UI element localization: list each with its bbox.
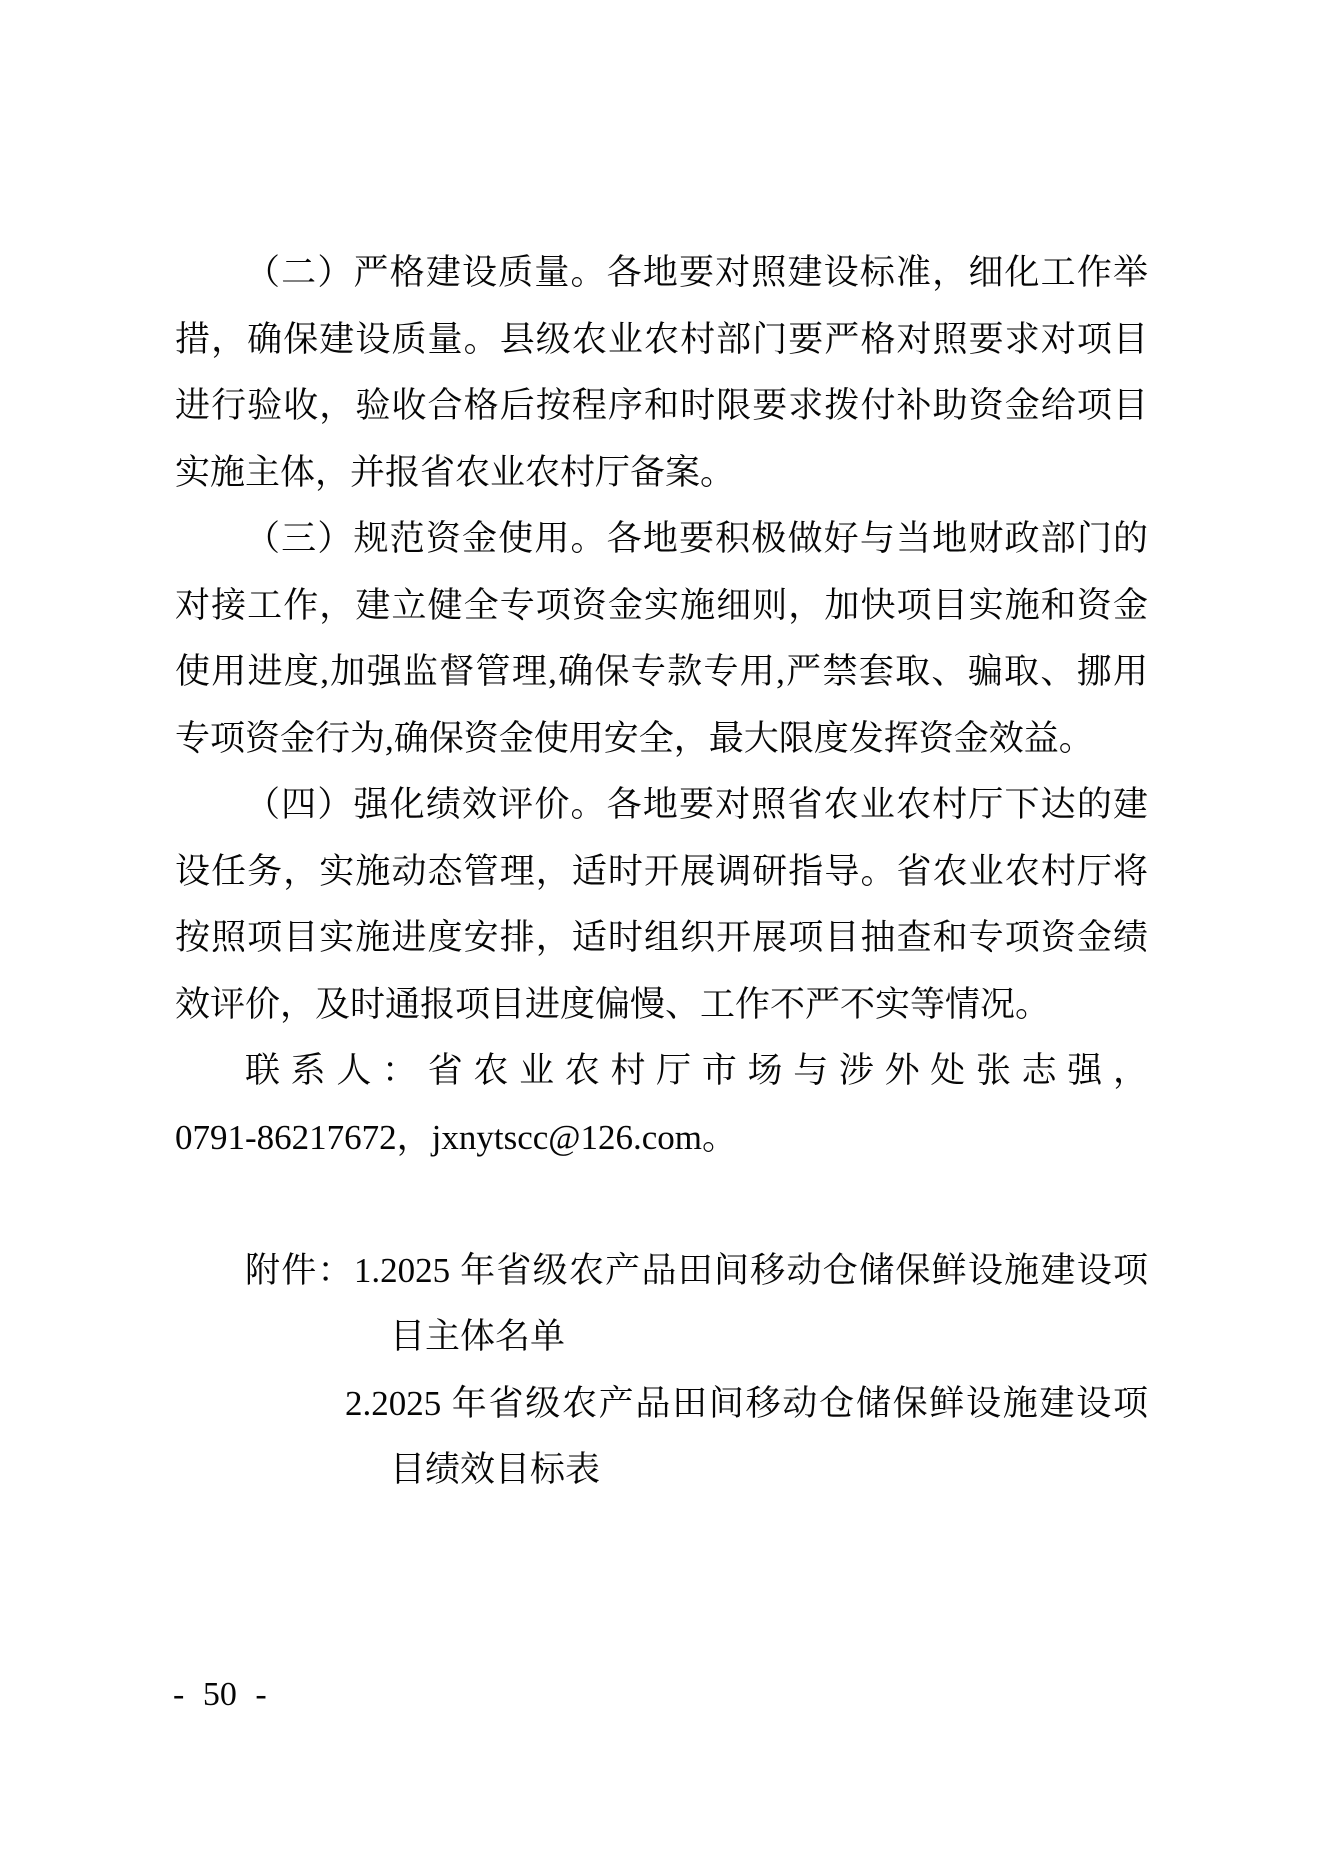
paragraph-4-line-4: 效评价，及时通报项目进度偏慢、工作不严不实等情况。 [175,972,1148,1039]
paragraph-2-line-4: 实施主体，并报省农业农村厅备案。 [175,440,1148,507]
paragraph-3-line-4: 专项资金行为,确保资金使用安全，最大限度发挥资金效益。 [175,706,1148,773]
paragraph-4-line-1: （四）强化绩效评价。各地要对照省农业农村厅下达的建 [175,772,1148,839]
paragraph-3-line-1: （三）规范资金使用。各地要积极做好与当地财政部门的 [175,506,1148,573]
attachment-item-1-line-2: 目主体名单 [175,1304,1148,1371]
blank-line [175,1171,1148,1238]
attachment-item-2-line-2: 目绩效目标表 [175,1437,1148,1504]
paragraph-2-line-1: （二）严格建设质量。各地要对照建设标准，细化工作举 [175,240,1148,307]
paragraph-2-line-2: 措，确保建设质量。县级农业农村部门要严格对照要求对项目 [175,307,1148,374]
paragraph-2-line-3: 进行验收，验收合格后按程序和时限要求拨付补助资金给项目 [175,373,1148,440]
contact-line: 联系人：省农业农村厅市场与涉外处张志强， [175,1038,1148,1105]
page-number: - 50 - [173,1678,267,1712]
phone-email-line: 0791-86217672，jxnytscc@126.com。 [175,1105,1148,1172]
document-page: （二）严格建设质量。各地要对照建设标准，细化工作举 措，确保建设质量。县级农业农… [0,0,1323,1871]
attachment-item-1-line-1: 附件：1.2025 年省级农产品田间移动仓储保鲜设施建设项 [175,1238,1148,1305]
paragraph-3-line-3: 使用进度,加强监督管理,确保专款专用,严禁套取、骗取、挪用 [175,639,1148,706]
paragraph-3-line-2: 对接工作，建立健全专项资金实施细则，加快项目实施和资金 [175,573,1148,640]
document-body: （二）严格建设质量。各地要对照建设标准，细化工作举 措，确保建设质量。县级农业农… [175,240,1148,1504]
attachment-item-2-line-1: 2.2025 年省级农产品田间移动仓储保鲜设施建设项 [175,1371,1148,1438]
paragraph-4-line-3: 按照项目实施进度安排，适时组织开展项目抽查和专项资金绩 [175,905,1148,972]
paragraph-4-line-2: 设任务，实施动态管理，适时开展调研指导。省农业农村厅将 [175,839,1148,906]
